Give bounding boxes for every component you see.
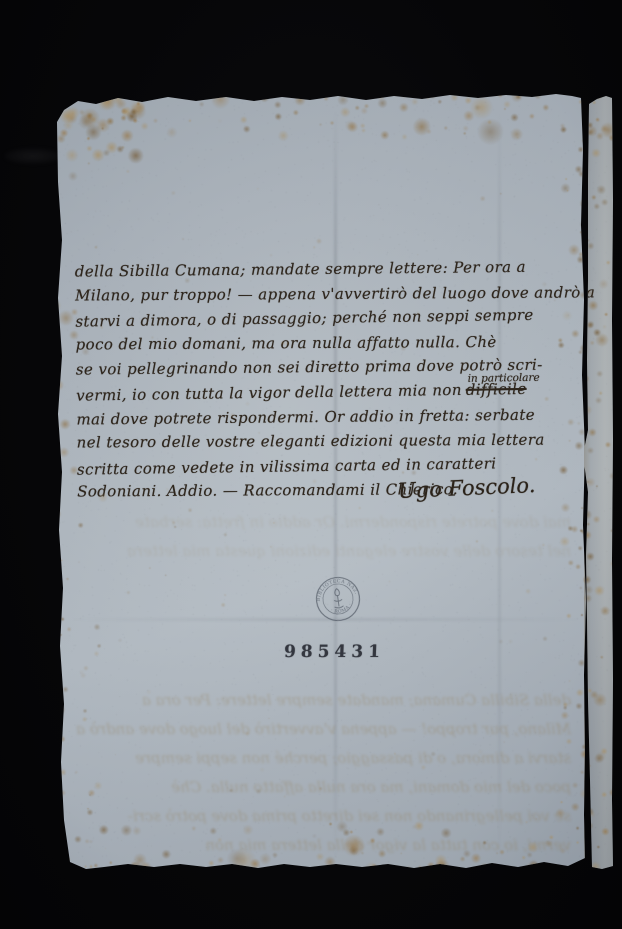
letter-page: mai dove potrete rispondermi. Or addio i… xyxy=(0,0,622,929)
stamp-top-text: BIBLIOTECA NAZ. CENTRALE xyxy=(310,571,360,604)
accession-number: 985431 xyxy=(284,642,386,662)
letter-line: della Sibilla Cumana; mandate sempre let… xyxy=(75,254,561,284)
stamp-emblem-icon xyxy=(332,588,344,609)
bleed-line: starvi a dimora, o di passaggio; perché … xyxy=(66,744,571,773)
bleed-line: poco del mio domani, ma ora nulla affatt… xyxy=(66,773,571,802)
bleed-line: della Sibilla Cumana; mandate sempre let… xyxy=(66,686,571,715)
bleed-line: vermi, io con tutta la vigor della lette… xyxy=(66,831,571,860)
bleed-line: se voi pellegrinando non sei diretto pri… xyxy=(66,802,571,831)
letter-line-text: vermi, io con tutta la vigor della lette… xyxy=(76,381,462,405)
interlinear-insertion: in particolare xyxy=(467,366,539,392)
bleed-line: nel tesoro delle vostre eleganti edizion… xyxy=(66,537,571,566)
correction-group: in particolaredifficile xyxy=(466,377,527,402)
bleed-line: mai dove potrete rispondermi. Or addio i… xyxy=(66,508,571,537)
library-stamp: BIBLIOTECA NAZ. CENTRALE · ROMA · xyxy=(310,571,366,627)
bleed-line: Milano, pur troppo! — appena v'avvertirò… xyxy=(66,715,571,744)
letter-line: poco del mio domani, ma ora nulla affatt… xyxy=(76,329,562,357)
stamp-bottom-text: · ROMA · xyxy=(329,602,355,616)
background-smudge xyxy=(4,148,62,164)
photograph-background: mai dove potrete rispondermi. Or addio i… xyxy=(0,0,622,929)
bleedthrough-text: della Sibilla Cumana; mandate sempre let… xyxy=(66,686,571,860)
bleedthrough-text: mai dove potrete rispondermi. Or addio i… xyxy=(66,508,571,566)
letter-body-text: della Sibilla Cumana; mandate sempre let… xyxy=(75,254,564,505)
